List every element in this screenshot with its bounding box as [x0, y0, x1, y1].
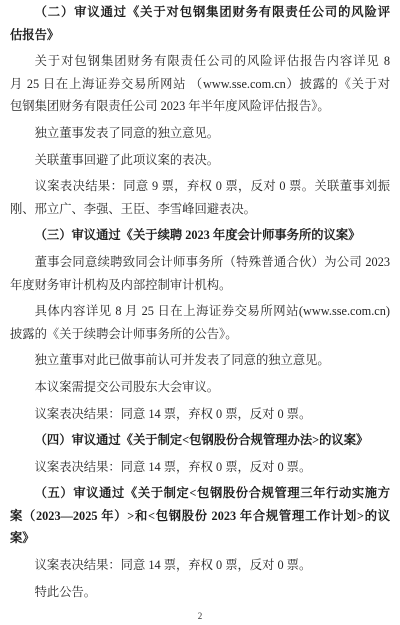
vote-result-item3: 议案表决结果：同意 14 票，弃权 0 票，反对 0 票。 — [10, 403, 390, 426]
auditor-announcement-disclosure-line1: 具体内容详见 8 月 25 日在上海证券交易所网站(www.sse.com.cn… — [10, 300, 390, 323]
section-2-heading-line1: （二）审议通过《关于对包钢集团财务有限责任公司的风险评 — [10, 1, 390, 24]
section-5-heading-line1: （五）审议通过《关于制定<包钢股份合规管理三年行动实施方 — [10, 482, 390, 505]
auditor-announcement-disclosure-line2: 披露的《关于续聘会计师事务所的公告》。 — [10, 323, 390, 346]
section-5-heading-line2: 案（2023—2025 年）>和<包钢股份 2023 年合规管理工作计划>的议 — [10, 505, 390, 528]
independent-directors-opinion-item2: 独立董事发表了同意的独立意见。 — [10, 122, 390, 145]
section-2-heading-line2: 估报告》 — [10, 24, 390, 47]
section-5-heading-line3: 案》 — [10, 527, 390, 550]
page-number: 2 — [10, 610, 390, 622]
section-4-heading: （四）审议通过《关于制定<包钢股份合规管理办法>的议案》 — [10, 429, 390, 452]
vote-result-item2-line1: 议案表决结果：同意 9 票，弃权 0 票，反对 0 票。关联董事刘振 — [10, 175, 390, 198]
vote-result-item5: 议案表决结果：同意 14 票，弃权 0 票，反对 0 票。 — [10, 554, 390, 577]
vote-result-item2-line2: 刚、邢立广、李强、王臣、李雪峰回避表决。 — [10, 198, 390, 221]
auditor-reappointment-line2: 年度财务审计机构及内部控制审计机构。 — [10, 274, 390, 297]
risk-report-disclosure-line2: 月 25 日在上海证券交易所网站 （www.sse.com.cn）披露的《关于对 — [10, 73, 390, 96]
independent-directors-prior-approval: 独立董事对此已做事前认可并发表了同意的独立意见。 — [10, 349, 390, 372]
risk-report-disclosure-line3: 包钢集团财务有限责任公司 2023 年半年度风险评估报告》。 — [10, 95, 390, 118]
related-directors-recusal: 关联董事回避了此项议案的表决。 — [10, 149, 390, 172]
section-3-heading: （三）审议通过《关于续聘 2023 年度会计师事务所的议案》 — [10, 224, 390, 247]
announcement-page: （二）审议通过《关于对包钢集团财务有限责任公司的风险评 估报告》 关于对包钢集团… — [0, 0, 400, 625]
auditor-reappointment-line1: 董事会同意续聘致同会计师事务所（特殊普通合伙）为公司 2023 — [10, 251, 390, 274]
submit-to-shareholders-meeting: 本议案需提交公司股东大会审议。 — [10, 376, 390, 399]
risk-report-disclosure-line1: 关于对包钢集团财务有限责任公司的风险评估报告内容详见 8 — [10, 50, 390, 73]
closing-statement: 特此公告。 — [10, 581, 390, 604]
vote-result-item4: 议案表决结果：同意 14 票，弃权 0 票，反对 0 票。 — [10, 456, 390, 479]
